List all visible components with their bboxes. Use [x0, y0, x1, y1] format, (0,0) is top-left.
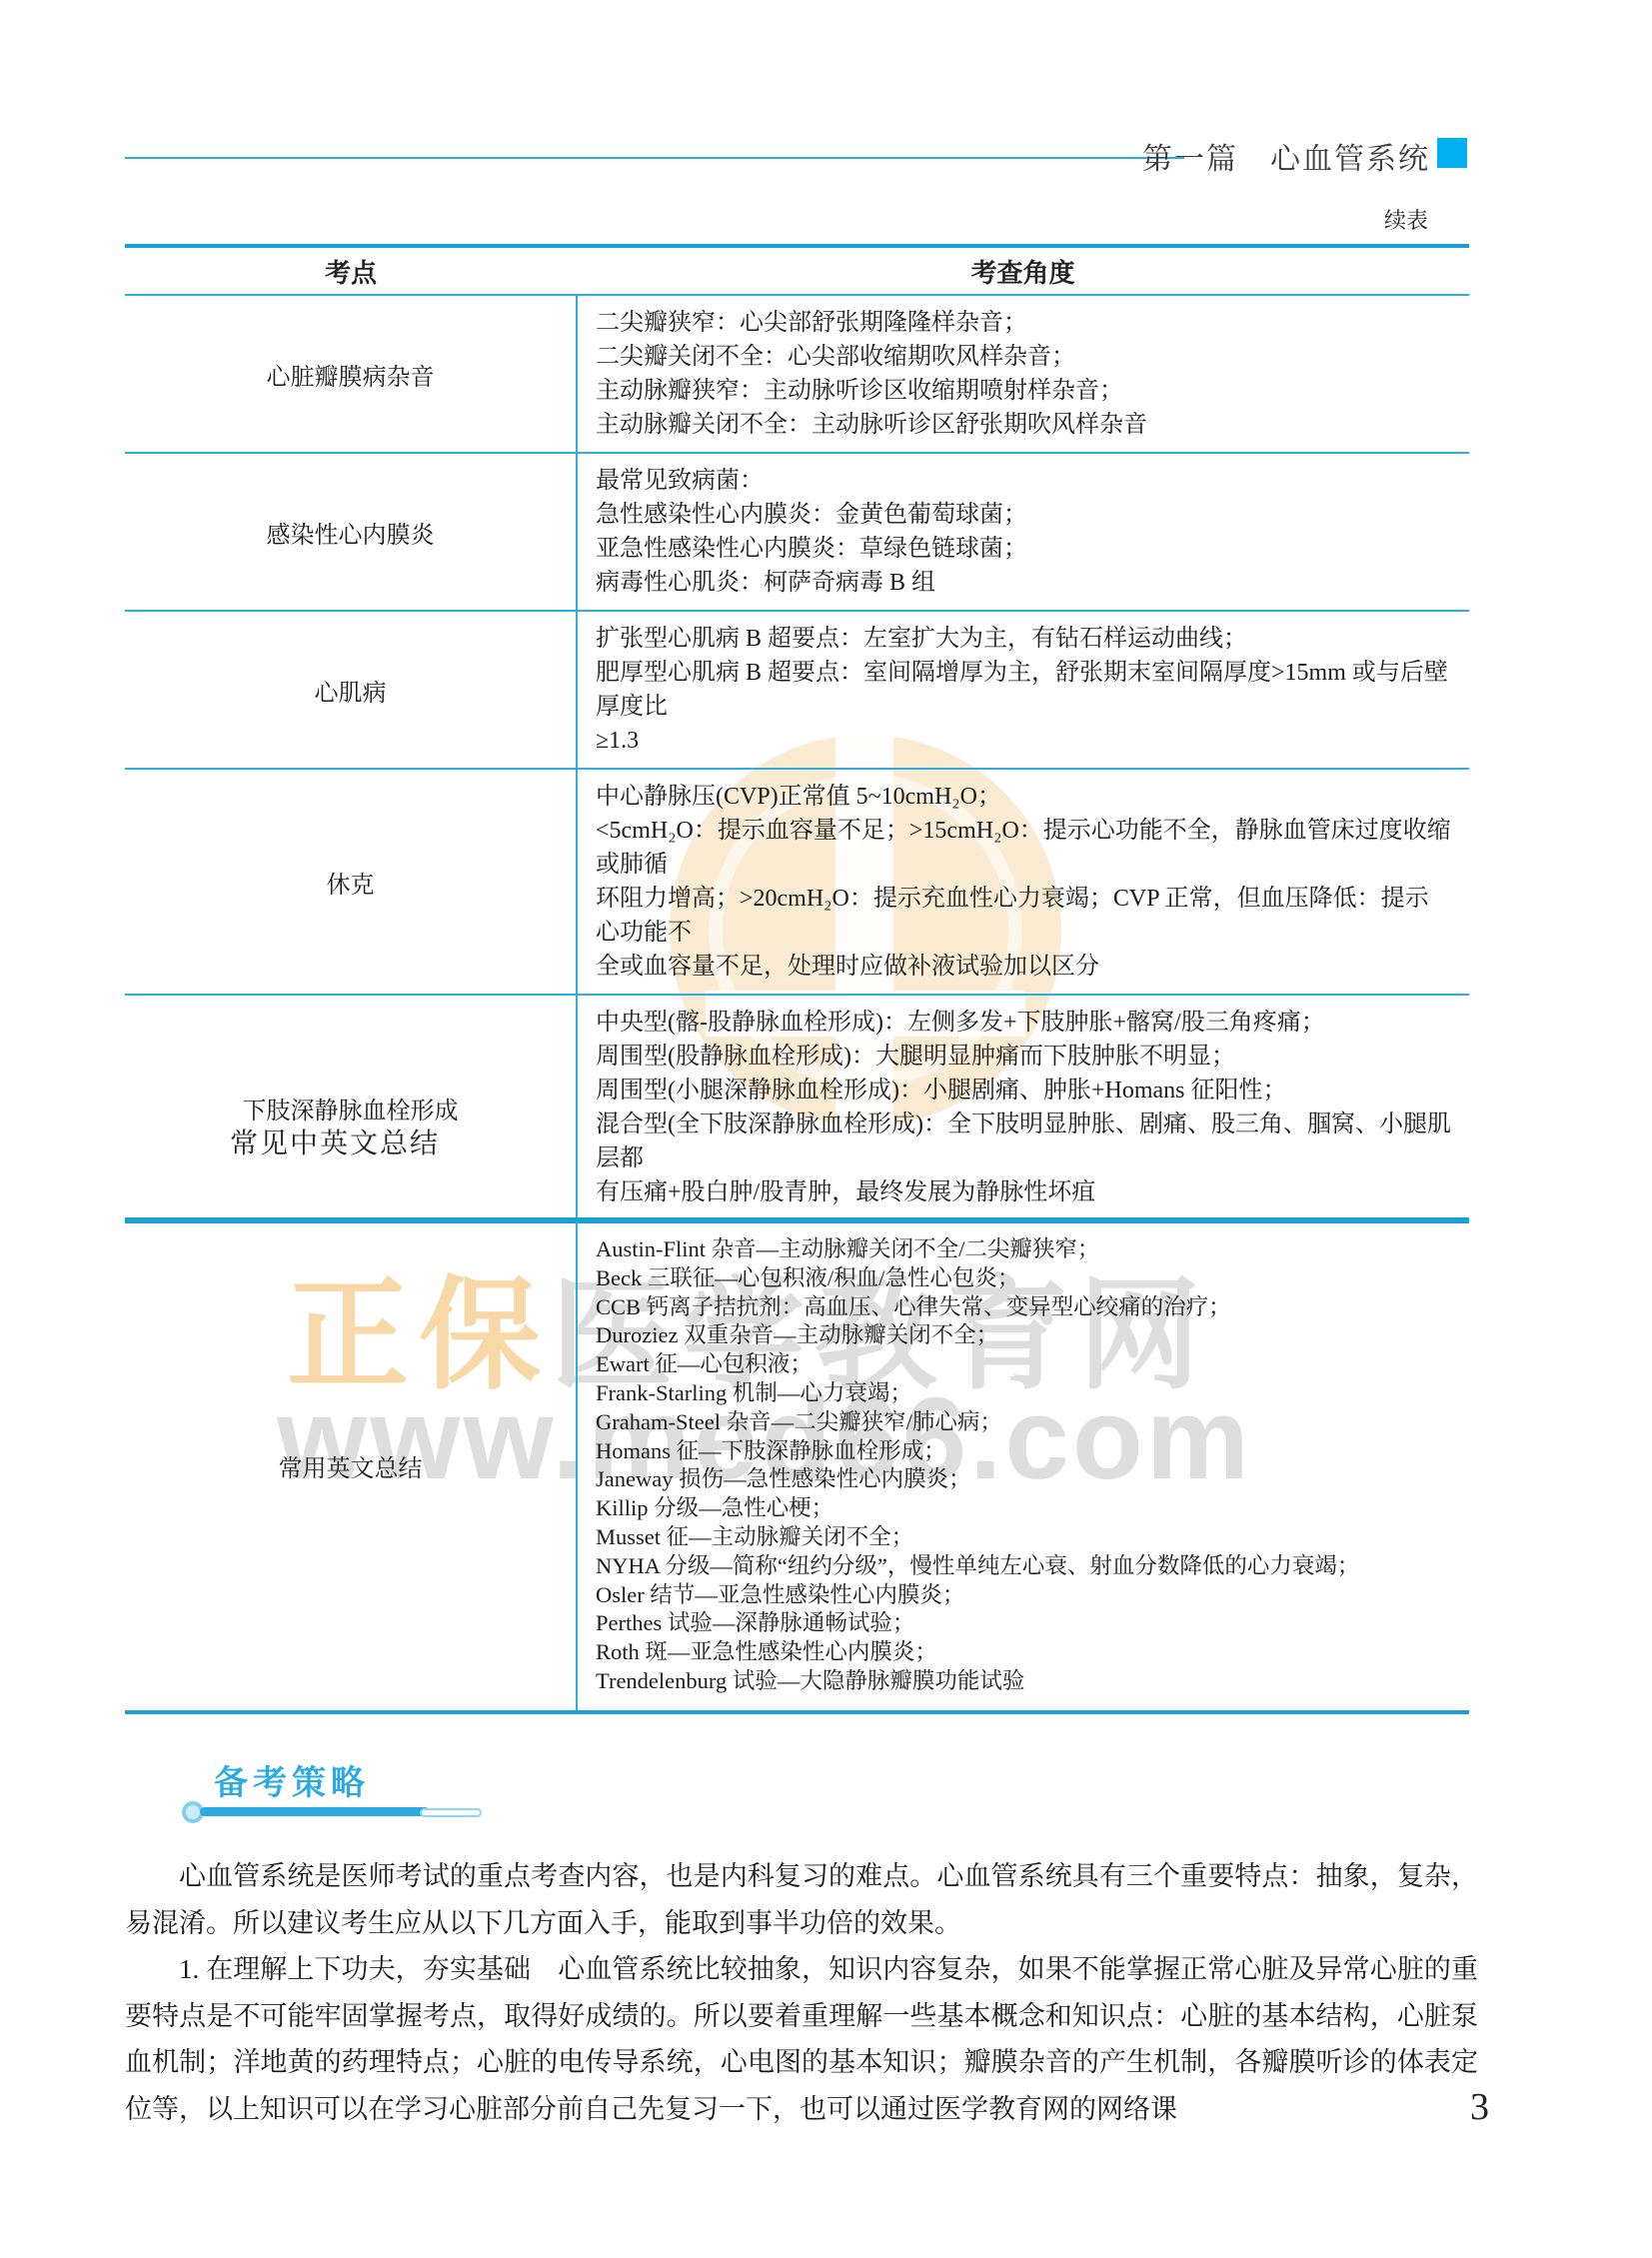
topic-cell: 常用英文总结 — [125, 1219, 577, 1712]
table-continued-label: 续表 — [1384, 204, 1454, 235]
detail-cell: 中央型(髂-股静脉血栓形成)：左侧多发+下肢肿胀+髂窝/股三角疼痛； 周围型(股… — [577, 995, 1469, 1221]
table-row: 心肌病 扩张型心肌病 B 超要点：左室扩大为主，有钻石样运动曲线； 肥厚型心肌病… — [125, 611, 1469, 769]
table-header-row: 考点 考查角度 — [125, 246, 1469, 295]
strategy-heading-underline — [182, 1801, 482, 1825]
strategy-heading: 备考策略 — [214, 1755, 370, 1804]
chapter-title: 第一篇 心血管系统 — [1142, 134, 1430, 178]
cn-en-summary-heading: 常见中英文总结 — [230, 1122, 440, 1161]
table-row: 下肢深静脉血栓形成 中央型(髂-股静脉血栓形成)：左侧多发+下肢肿胀+髂窝/股三… — [125, 995, 1469, 1221]
topic-cell: 心肌病 — [125, 611, 577, 769]
detail-cell: Austin-Flint 杂音—主动脉瓣关闭不全/二尖瓣狭窄； Beck 三联征… — [577, 1219, 1469, 1712]
table-row: 心脏瓣膜病杂音 二尖瓣狭窄：心尖部舒张期隆隆样杂音； 二尖瓣关闭不全：心尖部收缩… — [125, 295, 1469, 453]
topic-cell: 下肢深静脉血栓形成 — [125, 995, 577, 1221]
column-header-topic: 考点 — [125, 246, 577, 295]
header-divider — [125, 157, 1184, 159]
topic-cell: 休克 — [125, 769, 577, 995]
detail-cell: 扩张型心肌病 B 超要点：左室扩大为主，有钻石样运动曲线； 肥厚型心肌病 B 超… — [577, 611, 1469, 769]
detail-cell: 最常见致病菌： 急性感染性心内膜炎：金黄色葡萄球菌； 亚急性感染性心内膜炎：草绿… — [577, 453, 1469, 611]
book-page: 正保医学教育网 www.med66.com 第一篇 心血管系统 续表 考点 考查… — [0, 0, 1652, 2258]
underline-bar-tail — [420, 1808, 482, 1817]
english-summary-table: 常用英文总结 Austin-Flint 杂音—主动脉瓣关闭不全/二尖瓣狭窄； B… — [125, 1217, 1469, 1714]
exam-points-table: 考点 考查角度 心脏瓣膜病杂音 二尖瓣狭窄：心尖部舒张期隆隆样杂音； 二尖瓣关闭… — [125, 244, 1469, 1223]
strategy-paragraphs: 心血管系统是医师考试的重点考查内容，也是内科复习的难点。心血管系统具有三个重要特… — [125, 1853, 1478, 2132]
detail-cell: 中心静脉压(CVP)正常值 5~10cmH₂O； <5cmH₂O：提示血容量不足… — [577, 769, 1469, 995]
topic-cell: 心脏瓣膜病杂音 — [125, 295, 577, 453]
column-header-angle: 考查角度 — [577, 246, 1469, 295]
strategy-paragraph: 心血管系统是医师考试的重点考查内容，也是内科复习的难点。心血管系统具有三个重要特… — [125, 1853, 1478, 1946]
underline-bar — [200, 1807, 430, 1816]
header-accent-square — [1437, 138, 1467, 168]
page-number: 3 — [1399, 2085, 1489, 2129]
topic-cell: 感染性心内膜炎 — [125, 453, 577, 611]
strategy-paragraph: 1. 在理解上下功夫，夯实基础 心血管系统比较抽象，知识内容复杂，如果不能掌握正… — [125, 1946, 1478, 2132]
table-row: 休克 中心静脉压(CVP)正常值 5~10cmH₂O； <5cmH₂O：提示血容… — [125, 769, 1469, 995]
table-row: 感染性心内膜炎 最常见致病菌： 急性感染性心内膜炎：金黄色葡萄球菌； 亚急性感染… — [125, 453, 1469, 611]
detail-cell: 二尖瓣狭窄：心尖部舒张期隆隆样杂音； 二尖瓣关闭不全：心尖部收缩期吹风样杂音； … — [577, 295, 1469, 453]
table-row: 常用英文总结 Austin-Flint 杂音—主动脉瓣关闭不全/二尖瓣狭窄； B… — [125, 1219, 1469, 1712]
